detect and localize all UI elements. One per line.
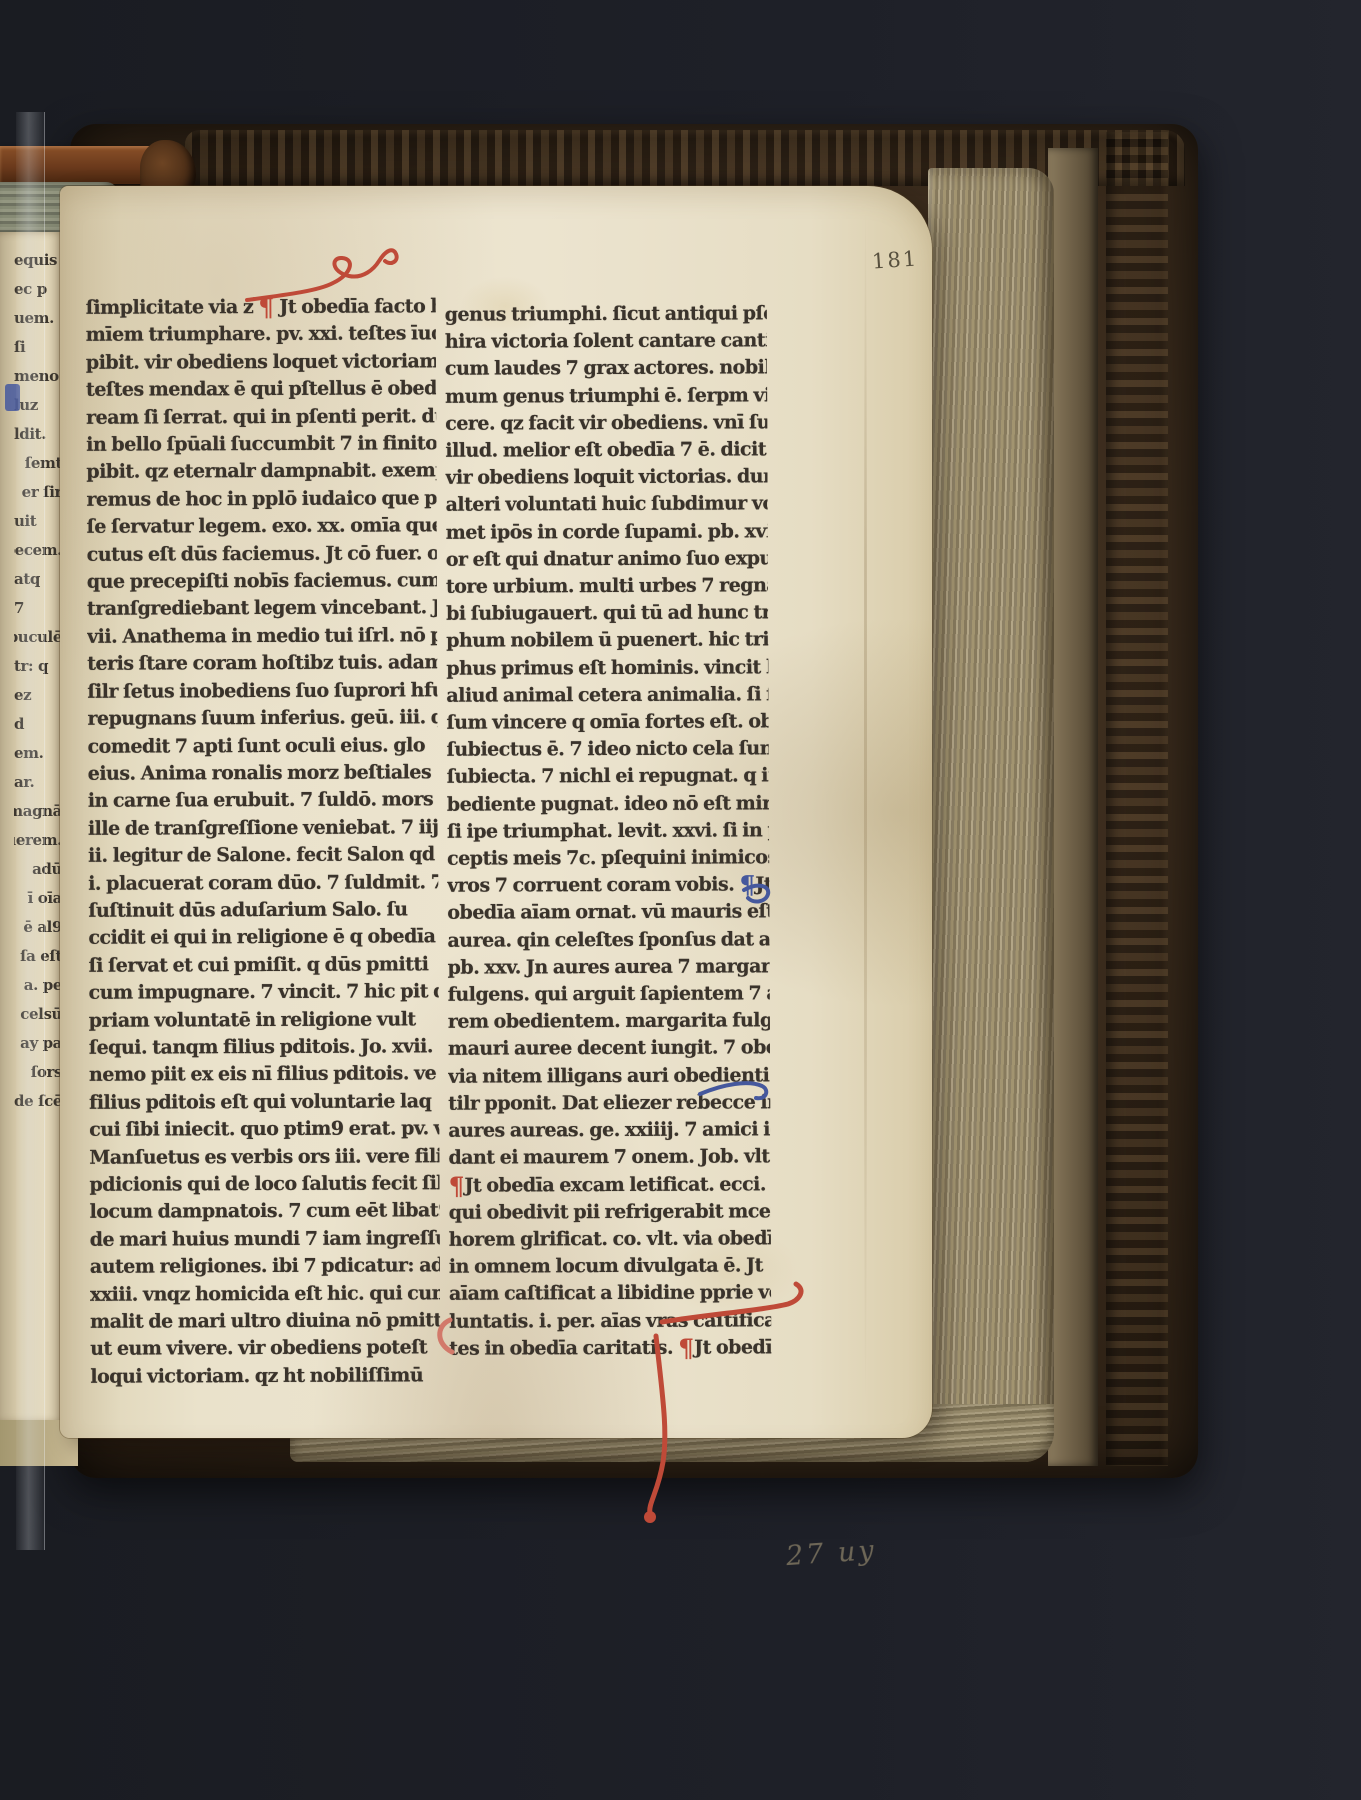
text-line: ſum vincere q omīa fortes eſt. obediens … (446, 708, 768, 737)
text-line: ſilr ſetus inobediens ſuo ſuprori hfuit (87, 677, 437, 706)
text-line: filius pditois eſt qui voluntarie laq (89, 1088, 439, 1117)
text-line: locum dampnatois. 7 cum eēt libat9 (90, 1198, 440, 1227)
text-line: cere. qz facit vir obediens. vnī ſup (445, 409, 767, 438)
text-line: ſimplicitate via z ¶ Jt obedīa facto ho (86, 293, 436, 322)
pilcrow-mark-blue: ¶ (739, 872, 755, 900)
text-line: cum impugnare. 7 vincit. 7 hic pit qui (89, 978, 439, 1007)
text-line: met ipōs in corde ſupami. pb. xvi. meli (446, 518, 768, 547)
text-line: illud. melior eſt obedīa 7 ē. dicit glo.… (445, 436, 767, 465)
text-column-right: genus triumphi. ſicut antiqui pſeshira v… (445, 300, 772, 1362)
text-line: teſtes mendax ē qui pſtellus ē obedīam (86, 375, 436, 404)
text-line: phum nobilem ū puenert. hic trium (446, 627, 768, 656)
text-line: or eſt qui dnatur animo ſuo expugna (446, 545, 768, 574)
text-line: tes in obedīa caritatis. ¶Jt obedīa (449, 1334, 771, 1363)
text-line: alteri voluntati huic ſubdimur vol (446, 491, 768, 520)
cover-turn-in-edge (1048, 148, 1098, 1466)
text-line: mīem triumphare. pv. xxi. teſtes īudax (86, 321, 436, 350)
text-line: de mari huius mundi 7 iam ingreſſu (90, 1225, 440, 1254)
text-line: bi ſubiugauert. qui tū ad hunc trium (446, 600, 768, 629)
text-line: autem religiones. ibi 7 pdicatur: ad (90, 1252, 440, 1281)
text-line: ii. legitur de Salone. fecit Salon qd (88, 841, 438, 870)
text-line: tore urbium. multi urbes 7 regna ſi (446, 572, 768, 601)
text-line: aīam caſtificat a libidine pprie vo (449, 1280, 771, 1309)
folio-number: 181 (871, 246, 919, 273)
text-line: malit de mari ultro diuina nō pmitt (90, 1307, 440, 1336)
text-line: ſubiectus ē. 7 ideo nicto cela ſunt ei (447, 736, 769, 765)
pilcrow-mark-red: ¶ (448, 1171, 464, 1199)
text-line: ſi ipe triumphat. levit. xxvi. ſi in pre (447, 817, 769, 846)
text-line: in bello ſpūali ſuccumbit 7 in finito (86, 430, 436, 459)
cover-emboss-border-right (1106, 132, 1168, 1466)
text-line: aliud animal cetera animalia. ſi ſerp (446, 681, 768, 710)
quire-mark-annotation: 27 uy (785, 1535, 878, 1572)
text-line: ille de tranſgreſſione veniebat. 7 iij. … (88, 814, 438, 843)
text-line: priam voluntatē in religione vult (89, 1006, 439, 1035)
text-line: Manſuetus es verbis ors iii. vere fili (89, 1143, 439, 1172)
text-line: cui ſibi iniecit. quo ptim9 erat. pv. v (89, 1115, 439, 1144)
text-line: i. placuerat coram dūo. 7 ſuldmit. 7 (88, 869, 438, 898)
text-line: dant ei maurem 7 onem. Job. vlt o. (448, 1144, 770, 1173)
text-line: remus de hoc in pplō iudaico que pmiſit (86, 485, 436, 514)
text-line: cum laudes 7 grax actores. nobiliſſi (445, 355, 767, 384)
text-line: qui obedivit pii refrigerabit mcem. (449, 1198, 771, 1227)
text-line: genus triumphi. ſicut antiqui pſes (445, 300, 767, 329)
pilcrow-mark-red: ¶ (678, 1334, 694, 1362)
text-line: hira victoria ſolent cantare canti (445, 328, 767, 357)
text-line: ſi ſervat et cui pmiſit. q dūs pmitti (88, 951, 438, 980)
text-line: ſequi. tanqm filius pditois. Jo. xvii. (89, 1033, 439, 1062)
text-line: nemo piit ex eis nī filius pditois. ve (89, 1061, 439, 1090)
text-line: tilr pponit. Dat eliezer rebecce in (448, 1089, 770, 1118)
text-line: vir obediens loquit victorias. dum n. (445, 464, 767, 493)
text-line: comedit 7 apti ſunt oculi eius. glo (88, 732, 438, 761)
text-line: que precepiſti nobīs faciemus. cum q. (87, 567, 437, 596)
text-line: vros 7 corruent coram vobis. ¶Jt (447, 872, 769, 901)
text-line: loqui victoriam. qz ht nobiliſſimū (90, 1362, 440, 1391)
text-line: ſubiecta. 7 nichl ei repugnat. q in o (447, 763, 769, 792)
text-line: ſuſtinuit dūs aduſarium Salo. ſu (88, 896, 438, 925)
parchment-page: ſimplicitate via z ¶ Jt obedīa facto hom… (60, 186, 932, 1438)
text-line: vii. Anathema in medio tui iſrl. nō po (87, 622, 437, 651)
text-line: bediente pugnat. ideo nō eſt mirum (447, 790, 769, 819)
text-line: ccidit ei qui in religione ē q obedīa (88, 924, 438, 953)
text-line: luntatis. i. per. aīas vras caſtifica (449, 1307, 771, 1336)
pilcrow-mark-red: ¶ (258, 293, 274, 322)
text-line: xxiii. vnqz homicida eſt hic. qui cum (90, 1280, 440, 1309)
text-line: cutus eſt dūs faciemus. Jt cō fuer. oīa (87, 540, 437, 569)
page-crease (864, 206, 867, 1406)
text-line: ¶Jt obedīa excam letificat. ecci. iiij (448, 1171, 770, 1200)
text-column-left: ſimplicitate via z ¶ Jt obedīa facto hom… (86, 293, 441, 1391)
text-line: ream ſi ſerrat. qui in pſenti perit. dū (86, 403, 436, 432)
red-flourish-terminal-dot (644, 1511, 656, 1523)
text-line: rem obedientem. margarita fulgens (448, 1008, 770, 1037)
text-line: tranſgrediebant legem vincebant. Joſ (87, 595, 437, 624)
text-line: teris ſtare coram hoſtibz tuis. adam (87, 650, 437, 679)
text-line: pb. xxv. Jn aures aurea 7 margarita (448, 953, 770, 982)
text-line: repugnans ſuum inferius. geū. iii. q (87, 704, 437, 733)
text-line: in omnem locum divulgata ē. Jt (449, 1252, 771, 1281)
text-line: ſe ſervatur legem. exo. xx. omīa que lo (87, 512, 437, 541)
text-line: ceptis meis 7c. pſequini inimicos (447, 844, 769, 873)
text-line: aurea. qin celeſtes ſponſus dat aīe. (447, 926, 769, 955)
text-line: phus primus eſt hominis. vincit leonē (446, 654, 768, 683)
text-line: pdicionis qui de loco ſalutis fecit ſibi (89, 1170, 439, 1199)
text-line: obedīa aīam ornat. vū mauris eſt (447, 899, 769, 928)
text-line: mum genus triumphi ē. ſerpm vin (445, 382, 767, 411)
text-line: aures aureas. ge. xxiiij. 7 amici iob (448, 1116, 770, 1145)
page-stack-fore-edge (928, 168, 1054, 1452)
text-line: in carne ſua erubuit. 7 ſuldō. mors (88, 787, 438, 816)
text-line: pibit. qz eternalr dampnabit. exempli (86, 458, 436, 487)
text-line: via nitem illigans auri obedienti u (448, 1062, 770, 1091)
text-line: fulgens. qui arguit ſapientem 7 au (448, 980, 770, 1009)
text-line: pibit. vir obediens loquet victoriam. (86, 348, 436, 377)
text-line: ut eum vivere. vir obediens poteſt (90, 1335, 440, 1364)
text-line: horem glrificat. co. vlt. via obedīa (449, 1225, 771, 1254)
glass-clamp-reflection (16, 112, 45, 1550)
manuscript-photo: equis ēec p ſe:uem. nſi oldāmeno ūluz cu… (0, 0, 1361, 1800)
text-line: eius. Anima ronalis morz beſtiales (88, 759, 438, 788)
text-line: mauri auree decent iungit. 7 obedie (448, 1035, 770, 1064)
